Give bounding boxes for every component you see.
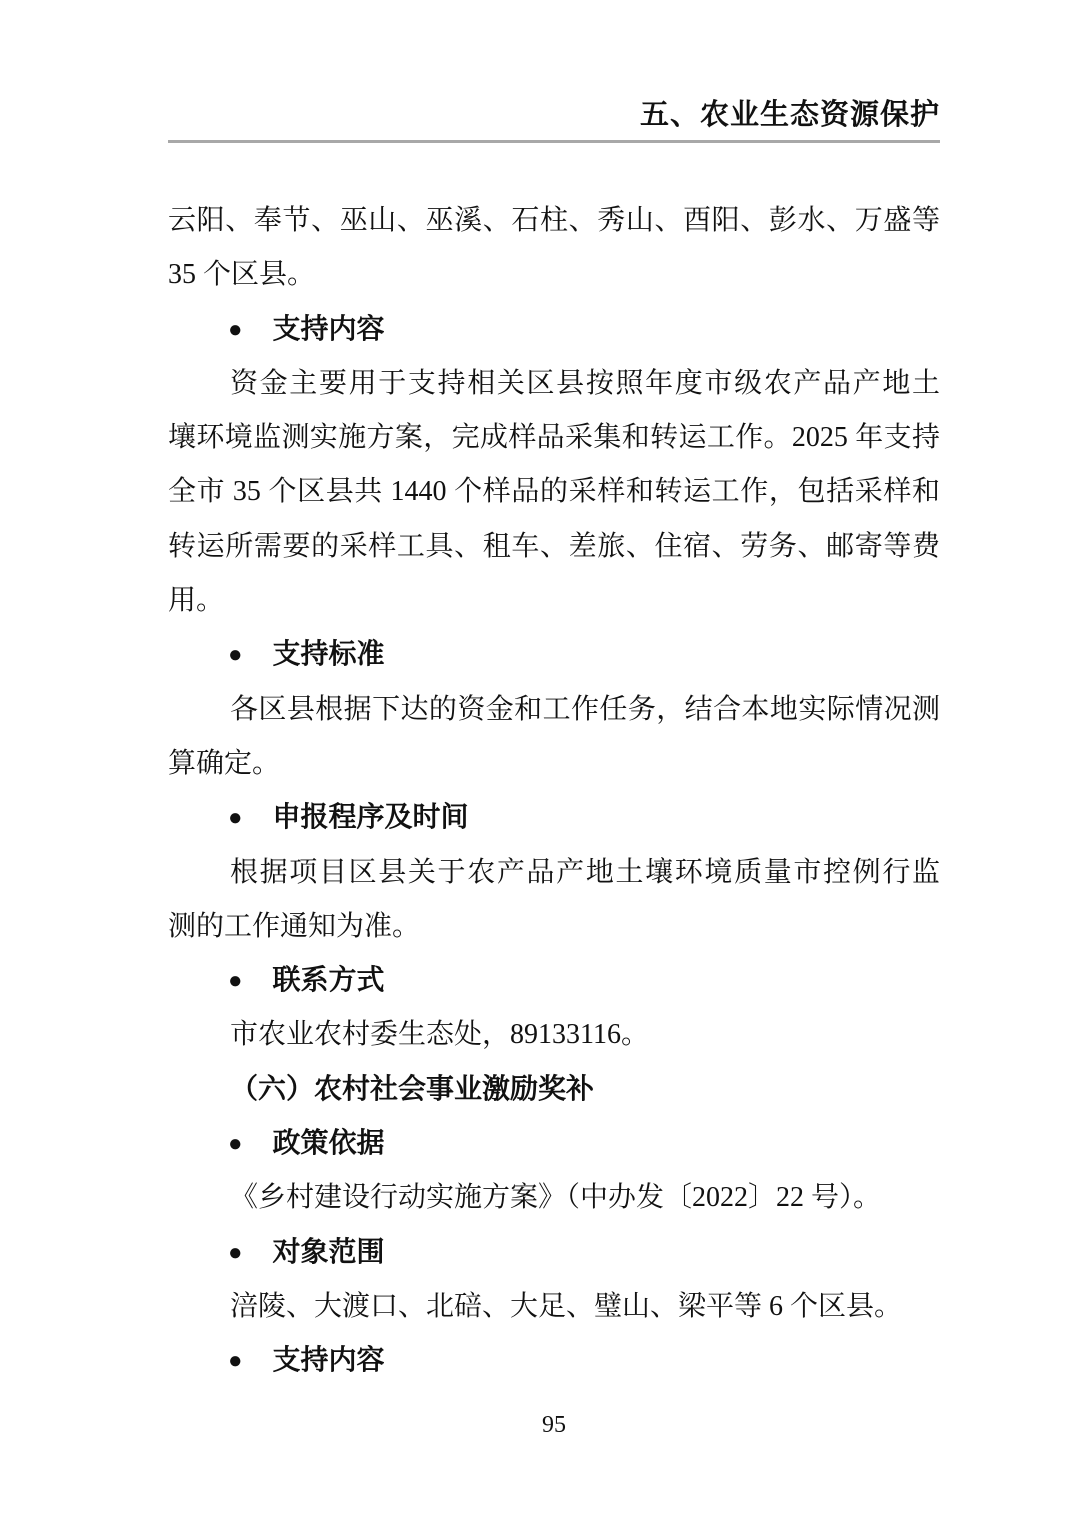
bullet-heading: ●支持标准 [168, 628, 940, 682]
bullet-dot-icon: ● [228, 1240, 243, 1266]
paragraph-line: 35 个区县。 [168, 248, 940, 302]
paragraph-line: 全市 35 个区县共 1440 个样品的采样和转运工作，包括采样和 [168, 465, 940, 519]
bullet-dot-icon: ● [228, 642, 243, 668]
paragraph-line: 《乡村建设行动实施方案》（中办发〔2022〕22 号）。 [168, 1171, 940, 1225]
paragraph-line: 转运所需要的采样工具、租车、差旅、住宿、劳务、邮寄等费 [168, 520, 940, 574]
bullet-heading: ●支持内容 [168, 1334, 940, 1388]
bullet-dot-icon: ● [228, 968, 243, 994]
page-header-title: 五、农业生态资源保护 [168, 95, 940, 135]
bullet-heading-label: 对象范围 [273, 1237, 385, 1268]
paragraph-line: 资金主要用于支持相关区县按照年度市级农产品产地土 [168, 357, 940, 411]
document-page: 五、农业生态资源保护 云阳、奉节、巫山、巫溪、石柱、秀山、酉阳、彭水、万盛等35… [0, 0, 1074, 1520]
bullet-heading: ●政策依据 [168, 1117, 940, 1171]
bullet-heading-label: 支持内容 [273, 1345, 385, 1376]
bullet-heading-label: 政策依据 [273, 1128, 385, 1159]
paragraph-line: 云阳、奉节、巫山、巫溪、石柱、秀山、酉阳、彭水、万盛等 [168, 194, 940, 248]
bullet-heading: ●联系方式 [168, 954, 940, 1008]
paragraph-line: 算确定。 [168, 737, 940, 791]
bullet-heading-label: 申报程序及时间 [273, 802, 469, 833]
bullet-heading: ●支持内容 [168, 303, 940, 357]
paragraph-line: 测的工作通知为准。 [168, 900, 940, 954]
bullet-dot-icon: ● [228, 1348, 243, 1374]
paragraph-line: 壤环境监测实施方案，完成样品采集和转运工作。2025 年支持 [168, 411, 940, 465]
bullet-dot-icon: ● [228, 1131, 243, 1157]
text-column: 五、农业生态资源保护 云阳、奉节、巫山、巫溪、石柱、秀山、酉阳、彭水、万盛等35… [168, 95, 940, 1389]
bullet-heading-label: 联系方式 [273, 965, 385, 996]
bullet-heading-label: 支持内容 [273, 314, 385, 345]
document-body: 云阳、奉节、巫山、巫溪、石柱、秀山、酉阳、彭水、万盛等35 个区县。●支持内容资… [168, 194, 940, 1389]
bullet-heading: ●申报程序及时间 [168, 791, 940, 845]
page-number: 95 [168, 1412, 940, 1439]
bullet-dot-icon: ● [228, 805, 243, 831]
paragraph-line: 涪陵、大渡口、北碚、大足、璧山、梁平等 6 个区县。 [168, 1280, 940, 1334]
paragraph-line: 用。 [168, 574, 940, 628]
paragraph-line: 根据项目区县关于农产品产地土壤环境质量市控例行监 [168, 846, 940, 900]
section-heading: （六）农村社会事业激励奖补 [168, 1063, 940, 1117]
paragraph-line: 各区县根据下达的资金和工作任务，结合本地实际情况测 [168, 683, 940, 737]
header-rule [168, 140, 940, 143]
paragraph-line: 市农业农村委生态处，89133116。 [168, 1008, 940, 1062]
bullet-dot-icon: ● [228, 317, 243, 343]
bullet-heading: ●对象范围 [168, 1226, 940, 1280]
bullet-heading-label: 支持标准 [273, 639, 385, 670]
